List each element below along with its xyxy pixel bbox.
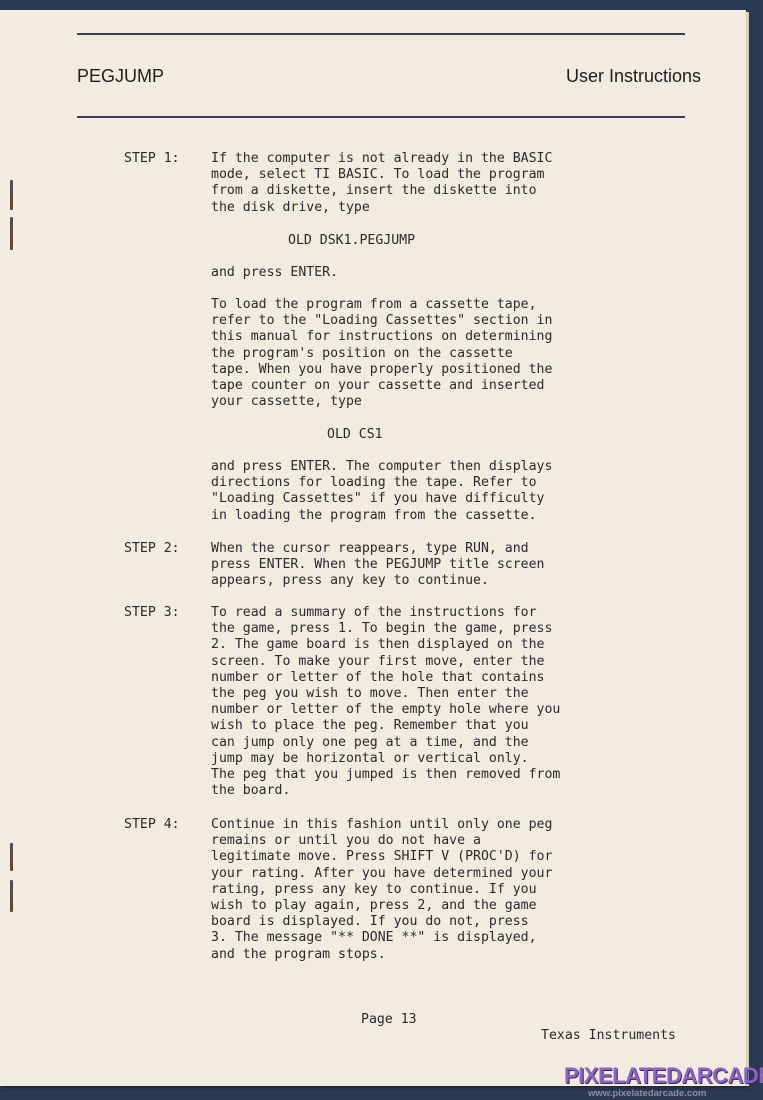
step-2-label: STEP 2: (124, 541, 180, 556)
disk-load-command: OLD DSK1.PEGJUMP (288, 233, 415, 248)
step-4-label: STEP 4: (124, 817, 180, 832)
header-bottom-rule (77, 116, 685, 118)
cassette-load-command: OLD CS1 (327, 427, 383, 442)
step-1-paragraph-1: If the computer is not already in the BA… (211, 151, 651, 216)
step-1-label: STEP 1: (124, 151, 180, 166)
binding-staple (10, 180, 13, 210)
step-1-paragraph-2: and press ENTER. (211, 265, 651, 281)
header-section-title: User Instructions (566, 66, 701, 87)
binding-staple (10, 217, 13, 250)
watermark-url: www.pixelatedarcade.com (588, 1088, 706, 1099)
step-2-paragraph: When the cursor reappears, type RUN, and… (211, 541, 651, 590)
step-1-paragraph-4: and press ENTER. The computer then displ… (211, 459, 651, 524)
header-top-rule (77, 33, 685, 35)
step-3-paragraph: To read a summary of the instructions fo… (211, 605, 651, 799)
binding-staple (10, 880, 13, 912)
header-title: PEGJUMP (77, 66, 164, 87)
footer-brand: Texas Instruments (541, 1028, 676, 1043)
step-1-paragraph-3: To load the program from a cassette tape… (211, 297, 651, 410)
watermark-logo: PIXELATEDARCADE (564, 1063, 763, 1089)
page-number: Page 13 (361, 1012, 417, 1027)
step-3-label: STEP 3: (124, 605, 180, 620)
binding-staple (10, 843, 13, 871)
step-4-paragraph: Continue in this fashion until only one … (211, 817, 651, 963)
page-edge (746, 12, 749, 1086)
